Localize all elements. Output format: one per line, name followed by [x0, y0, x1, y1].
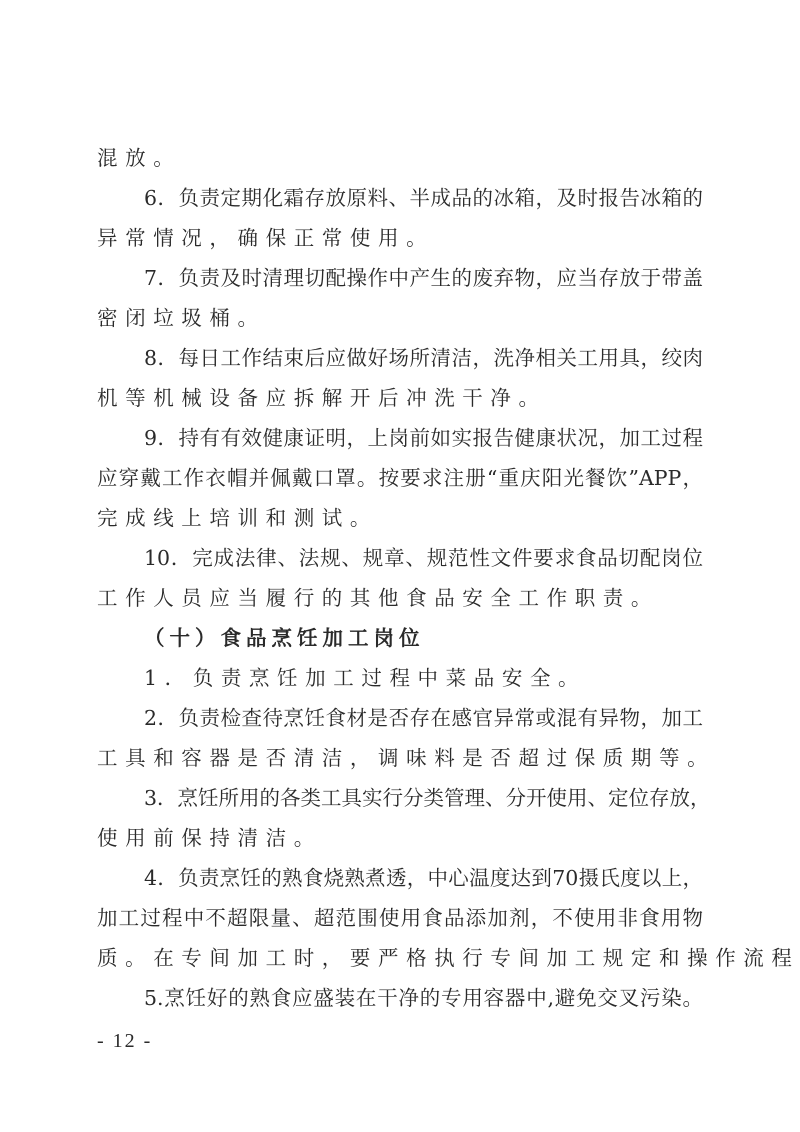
- text-line: 使用前保持清洁。: [97, 818, 703, 858]
- text-line: 10．完成法律、法规、规章、规范性文件要求食品切配岗位: [97, 538, 703, 578]
- text-line: 2．负责检查待烹饪食材是否存在感官异常或混有异物，加工: [97, 698, 703, 738]
- text-line: 异常情况，确保正常使用。: [97, 218, 703, 258]
- text-line: 5.烹饪好的熟食应盛装在干净的专用容器中,避免交叉污染。: [97, 978, 703, 1018]
- text-line: 工作人员应当履行的其他食品安全工作职责。: [97, 578, 703, 618]
- text-line: 应穿戴工作衣帽并佩戴口罩。按要求注册“重庆阳光餐饮”APP，: [97, 458, 703, 498]
- text-line: 9．持有有效健康证明，上岗前如实报告健康状况，加工过程: [97, 418, 703, 458]
- text-line: 质。在专间加工时，要严格执行专间加工规定和操作流程。: [97, 938, 703, 978]
- text-line: 机等机械设备应拆解开后冲洗干净。: [97, 378, 703, 418]
- text-line: 1．负责烹饪加工过程中菜品安全。: [97, 658, 703, 698]
- text-line: 8．每日工作结束后应做好场所清洁，洗净相关工用具，绞肉: [97, 338, 703, 378]
- text-line: 3．烹饪所用的各类工具实行分类管理、分开使用、定位存放，: [97, 778, 703, 818]
- text-line: 工具和容器是否清洁，调味料是否超过保质期等。: [97, 738, 703, 778]
- page-number: - 12 -: [97, 1030, 152, 1053]
- text-line: 完成线上培训和测试。: [97, 498, 703, 538]
- text-line: 6．负责定期化霜存放原料、半成品的冰箱，及时报告冰箱的: [97, 178, 703, 218]
- text-line: 4．负责烹饪的熟食烧熟煮透，中心温度达到70摄氏度以上，: [97, 858, 703, 898]
- text-line: 密闭垃圾桶。: [97, 298, 703, 338]
- document-page-body: 混放。 6．负责定期化霜存放原料、半成品的冰箱，及时报告冰箱的 异常情况，确保正…: [97, 138, 703, 1018]
- text-line: 加工过程中不超限量、超范围使用食品添加剂，不使用非食用物: [97, 898, 703, 938]
- text-line: 7．负责及时清理切配操作中产生的废弃物，应当存放于带盖: [97, 258, 703, 298]
- text-line: 混放。: [97, 138, 703, 178]
- section-heading: （十）食品烹饪加工岗位: [97, 618, 703, 658]
